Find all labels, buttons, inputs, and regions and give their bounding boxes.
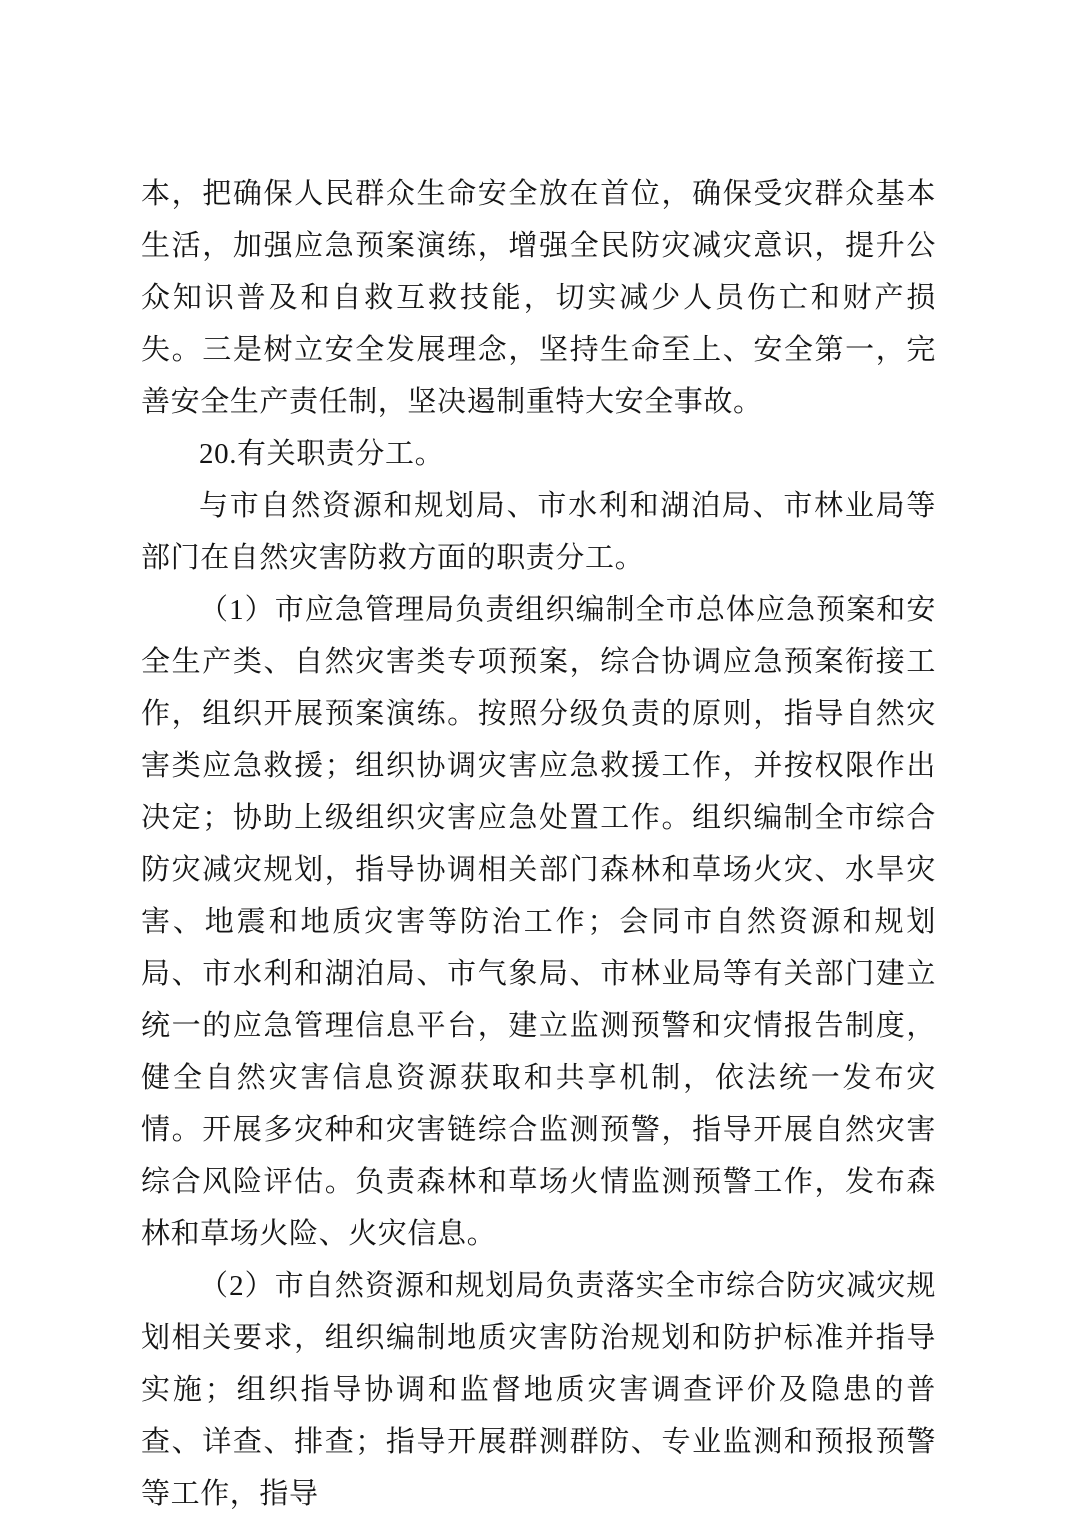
paragraph-section-heading-20: 20.有关职责分工。 [141, 428, 936, 480]
paragraph-duty-division-intro: 与市自然资源和规划局、市水利和湖泊局、市林业局等部门在自然灾害防救方面的职责分工… [141, 480, 936, 584]
paragraph-item-2-natural-resources-bureau: （2）市自然资源和规划局负责落实全市综合防灾减灾规划相关要求，组织编制地质灾害防… [141, 1260, 936, 1520]
document-page: 本，把确保人民群众生命安全放在首位，确保受灾群众基本生活，加强应急预案演练，增强… [0, 0, 1074, 1520]
paragraph-continuation: 本，把确保人民群众生命安全放在首位，确保受灾群众基本生活，加强应急预案演练，增强… [141, 168, 936, 428]
document-body: 本，把确保人民群众生命安全放在首位，确保受灾群众基本生活，加强应急预案演练，增强… [141, 168, 936, 1520]
paragraph-item-1-emergency-bureau: （1）市应急管理局负责组织编制全市总体应急预案和安全生产类、自然灾害类专项预案，… [141, 584, 936, 1260]
